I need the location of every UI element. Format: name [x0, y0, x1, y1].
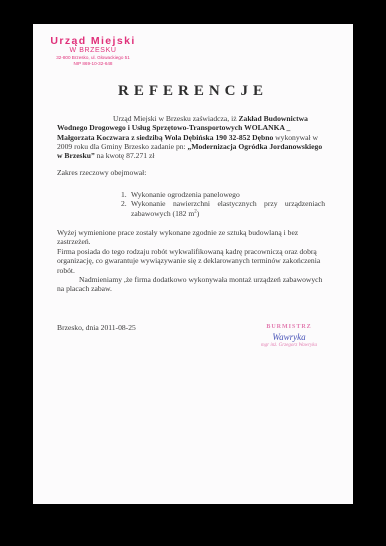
- stamp-city: W BRZESKU: [33, 47, 153, 55]
- list-item-text: Wykonanie ogrodzenia panelowego: [131, 190, 240, 199]
- list-item-text: Wykonanie nawierzchni elastycznych przy …: [131, 199, 325, 218]
- stamp-nip: NIP 869-10-32-648: [33, 61, 153, 67]
- scope-list: 1. Wykonanie ogrodzenia panelowego 2. Wy…: [121, 190, 325, 218]
- intro-text: Urząd Miejski w Brzesku zaświadcza, iż: [113, 114, 238, 123]
- handwritten-signature: Wawryka: [239, 333, 339, 342]
- list-item-text-main: Wykonanie nawierzchni elastycznych przy …: [131, 199, 325, 217]
- additional-text: Nadmieniamy ,że firma dodatkowo wykonywa…: [57, 275, 322, 293]
- paragraph-quality: Wyżej wymienione prace zostały wykonane …: [57, 228, 325, 247]
- paragraph-intro: Urząd Miejski w Brzesku zaświadcza, iż Z…: [57, 114, 325, 160]
- list-item-text-end: ): [197, 209, 200, 218]
- signatory-role: BURMISTRZ: [239, 324, 339, 330]
- list-item: 2. Wykonanie nawierzchni elastycznych pr…: [121, 199, 325, 218]
- signatory-name: mgr inż. Grzegorz Wawryka: [239, 343, 339, 348]
- paragraph-staff: Firma posiada do tego rodzaju robót wykw…: [57, 247, 325, 275]
- office-stamp: Urząd Miejski W BRZESKU 32-800 Brzesko, …: [33, 36, 153, 67]
- scope-label: Zakres rzeczowy obejmował:: [57, 168, 325, 177]
- paragraph-additional: Nadmieniamy ,że firma dodatkowo wykonywa…: [57, 275, 325, 294]
- document-page: Urząd Miejski W BRZESKU 32-800 Brzesko, …: [33, 24, 353, 504]
- list-item: 1. Wykonanie ogrodzenia panelowego: [121, 190, 325, 199]
- list-item-number: 2.: [121, 199, 131, 218]
- contract-amount: na kwotę 87.271 zł: [95, 151, 155, 160]
- list-item-number: 1.: [121, 190, 131, 199]
- document-title: REFERENCJE: [33, 83, 353, 100]
- signature-block: BURMISTRZ Wawryka mgr inż. Grzegorz Wawr…: [239, 324, 339, 348]
- stamp-office-name: Urząd Miejski: [33, 36, 153, 47]
